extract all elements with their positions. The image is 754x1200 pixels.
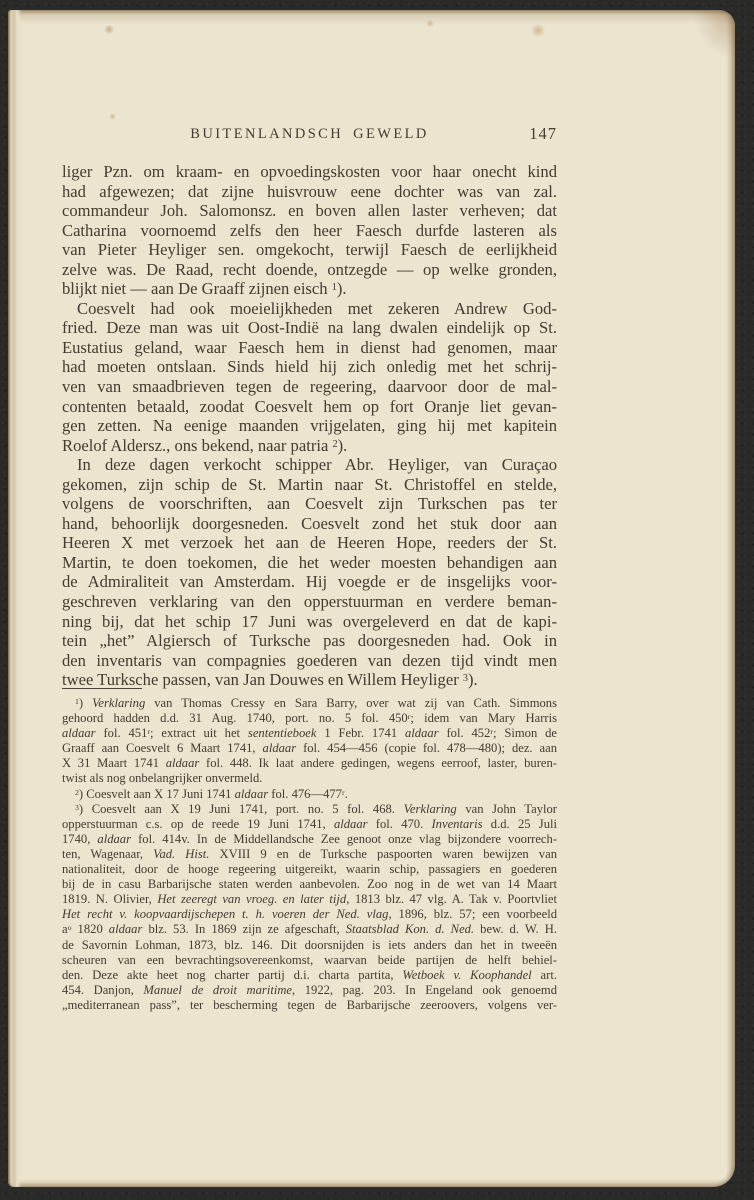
body-text: liger Pzn. om kraam- en opvoedingskosten… (62, 162, 557, 690)
stain (103, 25, 115, 34)
page-edge-strip (8, 10, 22, 1187)
footnote: 3) Coesvelt aan X 19 Juni 1741, port. no… (62, 802, 557, 1013)
body-paragraph: In deze dagen verkocht schipper Abr. Hey… (62, 455, 557, 690)
page-number: 147 (529, 124, 557, 144)
footnote: 1) Verklaring van Thomas Cressy en Sara … (62, 696, 557, 787)
stain (425, 20, 435, 27)
stain (530, 24, 546, 37)
running-head-title: BUITENLANDSCH GEWELD (62, 126, 557, 143)
body-paragraph: liger Pzn. om kraam- en opvoedingskosten… (62, 162, 557, 299)
running-header: BUITENLANDSCH GEWELD 147 (62, 126, 557, 148)
footnotes: 1) Verklaring van Thomas Cressy en Sara … (62, 696, 557, 1013)
footnote: 2) Coesvelt aan X 17 Juni 1741 aldaar fo… (62, 787, 557, 802)
book-page: BUITENLANDSCH GEWELD 147 liger Pzn. om k… (8, 10, 735, 1187)
scan-backdrop: BUITENLANDSCH GEWELD 147 liger Pzn. om k… (0, 0, 754, 1200)
footnote-separator (62, 688, 142, 689)
body-paragraph: Coesvelt had ook moeielijkheden met zeke… (62, 299, 557, 455)
stain (109, 113, 116, 120)
